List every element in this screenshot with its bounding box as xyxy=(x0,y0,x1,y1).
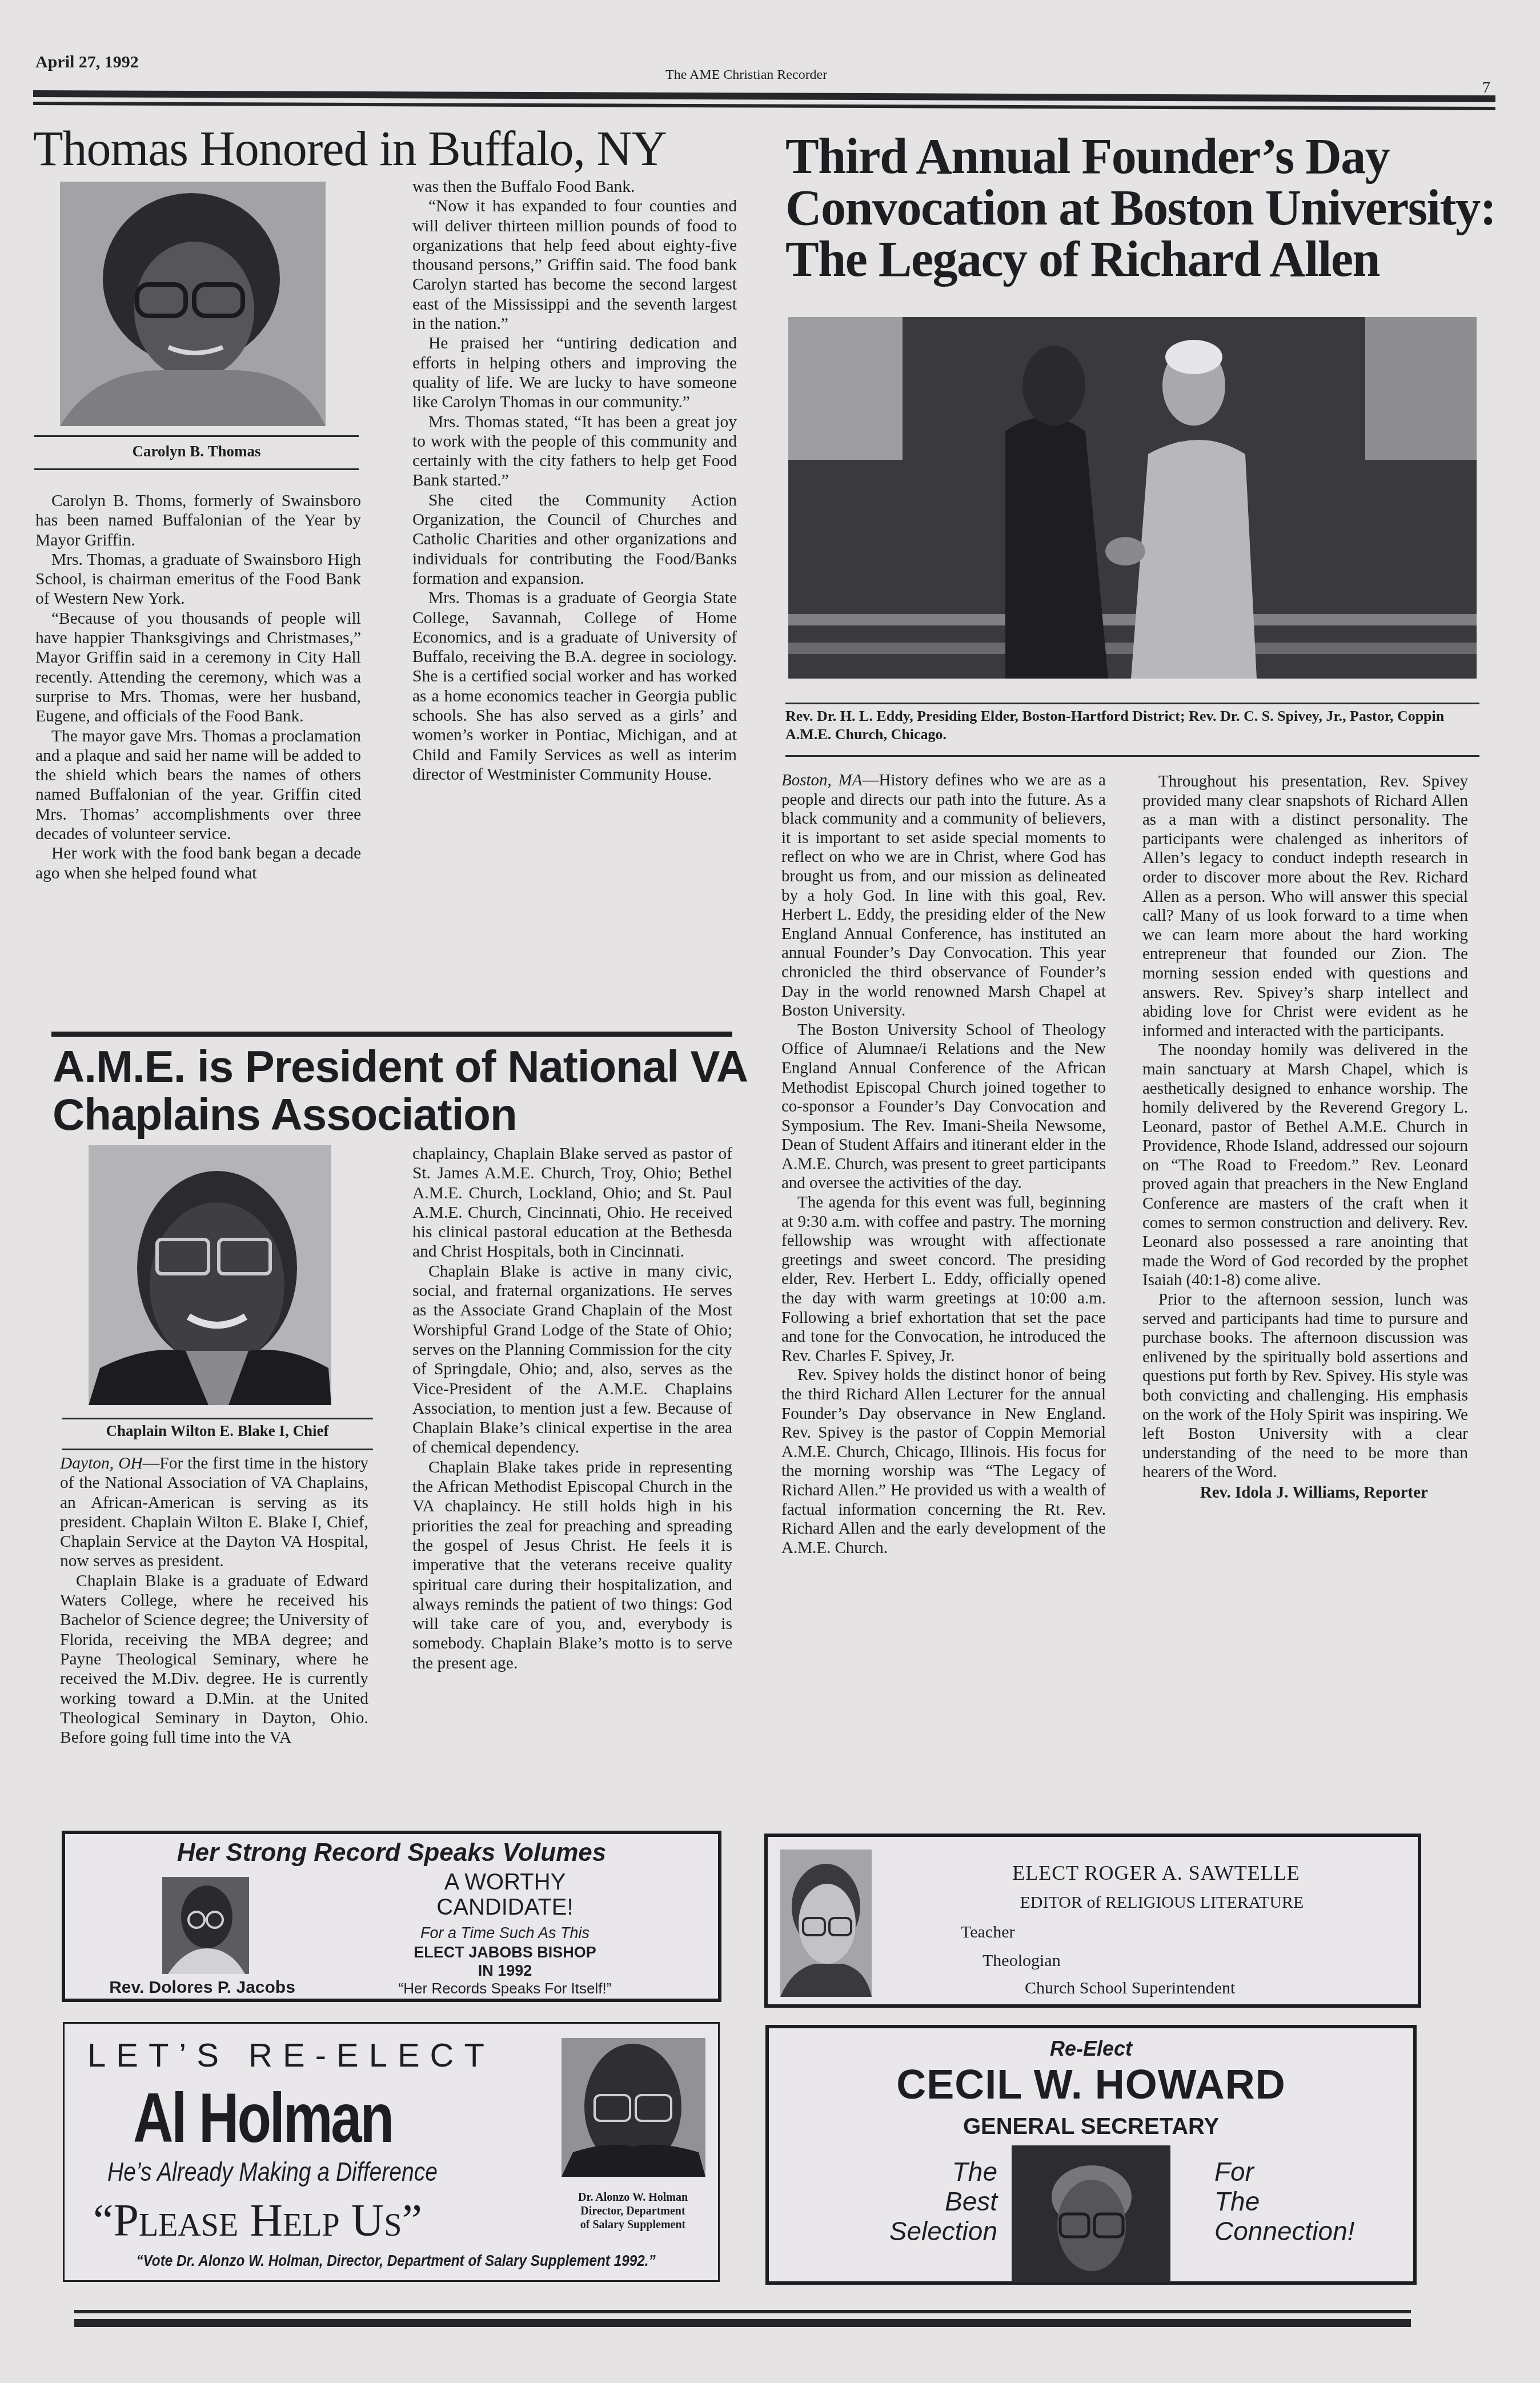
paragraph: chaplaincy, Chaplain Blake served as pas… xyxy=(412,1144,732,1262)
paragraph: Chaplain Blake takes pride in representi… xyxy=(412,1458,732,1673)
paragraph: “Now it has expanded to four counties an… xyxy=(412,196,737,334)
man-portrait-icon xyxy=(780,1850,872,1997)
thomas-column-1: Carolyn B. Thoms, formerly of Swainsboro… xyxy=(35,491,361,883)
howard-name: CECIL W. HOWARD xyxy=(769,2061,1413,2108)
jacobs-banner: Her Strong Record Speaks Volumes xyxy=(65,1839,718,1867)
paragraph: Mrs. Thomas stated, “It has been a great… xyxy=(412,412,737,491)
text-line: For xyxy=(1214,2157,1409,2187)
founders-photo-caption: Rev. Dr. H. L. Eddy, Presiding Elder, Bo… xyxy=(785,707,1479,744)
caption-line: Dr. Alonzo W. Holman xyxy=(544,2191,721,2204)
jacobs-campaign-ad: Her Strong Record Speaks Volumes Rev. Do… xyxy=(62,1831,721,2002)
caption-rule xyxy=(62,1418,373,1419)
thomas-headline: Thomas Honored in Buffalo, NY xyxy=(33,121,667,176)
dateline: Dayton, OH xyxy=(60,1454,143,1473)
jacobs-line-3: For a Time Such As This xyxy=(334,1924,676,1942)
holman-plea: “Please Help Us” xyxy=(93,2195,422,2247)
chaplain-column-2: chaplaincy, Chaplain Blake served as pas… xyxy=(412,1144,732,1673)
dateline: Boston, MA xyxy=(781,771,862,789)
paragraph: The noonday homily was delivered in the … xyxy=(1142,1041,1468,1290)
paragraph: Prior to the afternoon session, lunch wa… xyxy=(1142,1290,1468,1482)
caption-rule xyxy=(34,468,359,470)
byline: Rev. Idola J. Williams, Reporter xyxy=(1142,1483,1468,1503)
footer-rule-thin xyxy=(74,2310,1411,2313)
paragraph: The Boston University School of Theology… xyxy=(781,1021,1106,1193)
jacobs-name: Rev. Dolores P. Jacobs xyxy=(88,1978,316,1997)
chaplain-column-1: Dayton, OH—For the first time in the his… xyxy=(60,1454,368,1747)
jacobs-line-6: “Her Records Speaks For Itself!” xyxy=(334,1980,676,1997)
masthead-rule-thick xyxy=(33,90,1495,102)
paragraph: Rev. Spivey holds the distinct honor of … xyxy=(781,1366,1106,1558)
founders-column-1: Boston, MA—History defines who we are as… xyxy=(781,771,1106,1558)
holman-portrait-photo xyxy=(562,2038,705,2177)
holman-campaign-ad: LET’S RE-ELECT Al Holman He’s Already Ma… xyxy=(63,2022,720,2282)
howard-campaign-ad: Re-Elect CECIL W. HOWARD GENERAL SECRETA… xyxy=(765,2025,1417,2285)
man-portrait-icon xyxy=(1012,2145,1170,2282)
paragraph: He praised her “untiring dedication and … xyxy=(412,334,737,412)
jacobs-line-4: ELECT JABOBS BISHOP xyxy=(334,1944,676,1961)
jacobs-portrait-photo xyxy=(162,1877,249,1974)
page-number: 7 xyxy=(1482,79,1490,97)
paragraph: Chaplain Blake is active in many civic, … xyxy=(412,1262,732,1458)
paragraph: She cited the Community Action Organizat… xyxy=(412,491,737,588)
woman-portrait-icon xyxy=(60,182,326,426)
thomas-column-2: was then the Buffalo Food Bank. “Now it … xyxy=(412,177,737,784)
text-line: The xyxy=(1214,2187,1409,2216)
thomas-photo-caption: Carolyn B. Thomas xyxy=(34,443,359,460)
sawtelle-portrait-photo xyxy=(780,1850,872,1997)
holman-footer: “Vote Dr. Alonzo W. Holman, Director, De… xyxy=(123,2252,668,2270)
paragraph: Mrs. Thomas is a graduate of Georgia Sta… xyxy=(412,588,737,784)
issue-date: April 27, 1992 xyxy=(35,53,139,72)
founders-handshake-photo xyxy=(788,317,1477,679)
section-divider xyxy=(51,1032,732,1037)
holman-name: Al Holman xyxy=(133,2078,392,2158)
text-line: Connection! xyxy=(1214,2216,1409,2246)
howard-right-text: For The Connection! xyxy=(1214,2157,1409,2246)
caption-line: of Salary Supplement xyxy=(544,2218,721,2232)
sawtelle-line-2: EDITOR of RELIGIOUS LITERATURE xyxy=(956,1893,1367,1912)
paragraph: Mrs. Thomas, a graduate of Swainsboro Hi… xyxy=(35,550,361,609)
caption-rule xyxy=(785,703,1479,704)
founders-column-2: Throughout his presentation, Rev. Spivey… xyxy=(1142,772,1468,1503)
holman-photo-caption: Dr. Alonzo W. Holman Director, Departmen… xyxy=(544,2191,721,2232)
chaplain-photo-caption: Chaplain Wilton E. Blake I, Chief xyxy=(62,1422,373,1440)
sawtelle-line-1: ELECT ROGER A. SAWTELLE xyxy=(973,1861,1339,1885)
jacobs-line-2: CANDIDATE! xyxy=(334,1895,676,1920)
paragraph: “Because of you thousands of people will… xyxy=(35,609,361,727)
thomas-portrait-photo xyxy=(60,182,326,426)
paragraph: —History defines who we are as a people … xyxy=(781,771,1106,1020)
paragraph: was then the Buffalo Food Bank. xyxy=(412,177,737,196)
paragraph: Her work with the food bank began a deca… xyxy=(35,844,361,883)
masthead-rule-thin xyxy=(33,102,1495,110)
holman-line-1: LET’S RE-ELECT xyxy=(87,2036,495,2075)
sawtelle-line-5: Church School Superintendent xyxy=(1025,1979,1235,1998)
woman-portrait-icon xyxy=(162,1877,249,1974)
text-line: Best xyxy=(803,2187,997,2216)
text-line: The xyxy=(803,2157,997,2187)
howard-portrait-photo xyxy=(1012,2145,1170,2282)
howard-left-text: The Best Selection xyxy=(803,2157,997,2246)
paragraph: Carolyn B. Thoms, formerly of Swainsboro… xyxy=(35,491,361,550)
jacobs-line-5: IN 1992 xyxy=(334,1962,676,1980)
man-portrait-icon xyxy=(562,2038,705,2177)
caption-line: Director, Department xyxy=(544,2204,721,2218)
sawtelle-campaign-ad: ELECT ROGER A. SAWTELLE EDITOR of RELIGI… xyxy=(764,1834,1421,2008)
publication-name: The AME Christian Recorder xyxy=(665,67,827,83)
chaplain-portrait-photo xyxy=(89,1145,331,1405)
jacobs-line-1: A WORTHY xyxy=(334,1870,676,1895)
sawtelle-line-3: Teacher xyxy=(961,1923,1014,1942)
paragraph: The mayor gave Mrs. Thomas a proclamatio… xyxy=(35,727,361,844)
chaplain-headline: A.M.E. is President of National VA Chapl… xyxy=(53,1042,755,1138)
howard-title: GENERAL SECRETARY xyxy=(769,2114,1413,2140)
text-line: Selection xyxy=(803,2216,997,2246)
founders-headline: Third Annual Founder’s Day Convocation a… xyxy=(785,131,1528,286)
caption-rule xyxy=(785,755,1479,757)
holman-tagline: He’s Already Making a Difference xyxy=(107,2156,438,2187)
paragraph: Throughout his presentation, Rev. Spivey… xyxy=(1142,772,1468,1041)
footer-rule-thick xyxy=(74,2319,1411,2327)
paragraph: The agenda for this event was full, begi… xyxy=(781,1193,1106,1366)
howard-line-1: Re-Elect xyxy=(769,2037,1413,2061)
man-portrait-icon xyxy=(89,1145,331,1405)
paragraph: Chaplain Blake is a graduate of Edward W… xyxy=(60,1571,368,1748)
caption-rule xyxy=(62,1449,373,1450)
sawtelle-line-4: Theologian xyxy=(982,1951,1061,1971)
handshake-photo-icon xyxy=(788,317,1477,679)
caption-rule xyxy=(34,435,359,437)
